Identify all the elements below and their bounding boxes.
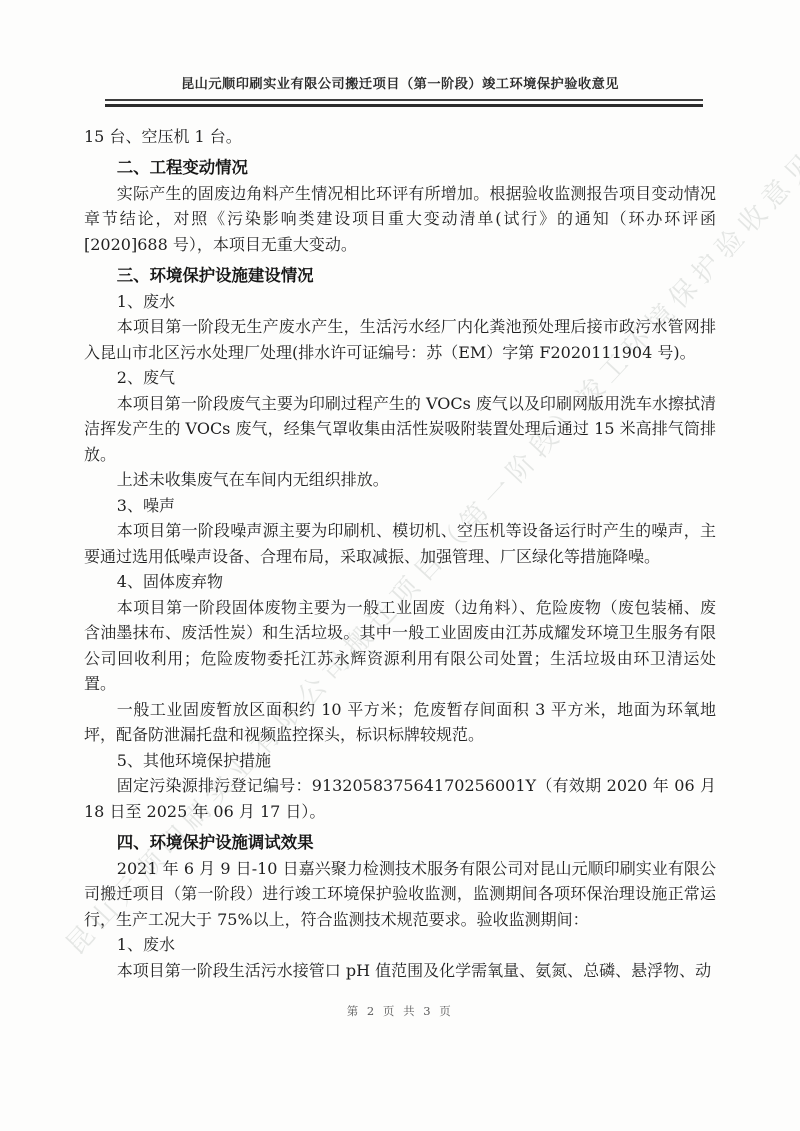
- paragraph: 1、废水: [84, 932, 716, 958]
- paragraph: 3、噪声: [84, 493, 716, 519]
- paragraph: 15 台、空压机 1 台。: [84, 124, 716, 150]
- paragraph: 2021 年 6 月 9 日-10 日嘉兴聚力检测技术服务有限公司对昆山元顺印刷…: [84, 856, 716, 933]
- paragraph: 本项目第一阶段废气主要为印刷过程产生的 VOCs 废气以及印刷网版用洗车水擦拭清…: [84, 391, 716, 468]
- paragraph: 本项目第一阶段噪声源主要为印刷机、模切机、空压机等设备运行时产生的噪声，主要通过…: [84, 518, 716, 569]
- paragraph: 1、废水: [84, 289, 716, 315]
- header-double-rule: [105, 99, 703, 107]
- page-footer: 第 2 页 共 3 页: [0, 1003, 800, 1019]
- document-page: 昆山元顺印刷实业有限公司搬迁项目（第一阶段）竣工环境保护验收意见 昆山元顺印刷实…: [0, 0, 800, 1131]
- paragraph: 2、废气: [84, 365, 716, 391]
- document-header-title: 昆山元顺印刷实业有限公司搬迁项目（第一阶段）竣工环境保护验收意见: [0, 0, 800, 93]
- section-heading: 二、工程变动情况: [84, 155, 716, 181]
- paragraph: 实际产生的固废边角料产生情况相比环评有所增加。根据验收监测报告项目变动情况章节结…: [84, 181, 716, 258]
- paragraph: 一般工业固废暂放区面积约 10 平方米；危废暂存间面积 3 平方米，地面为环氧地…: [84, 697, 716, 748]
- document-body: 15 台、空压机 1 台。二、工程变动情况实际产生的固废边角料产生情况相比环评有…: [0, 124, 800, 984]
- paragraph: 4、固体废弃物: [84, 569, 716, 595]
- section-heading: 三、环境保护设施建设情况: [84, 263, 716, 289]
- section-heading: 四、环境保护设施调试效果: [84, 830, 716, 856]
- paragraph: 本项目第一阶段固体废物主要为一般工业固废（边角料）、危险废物（废包装桶、废含油墨…: [84, 595, 716, 697]
- paragraph: 5、其他环境保护措施: [84, 748, 716, 774]
- paragraph: 本项目第一阶段生活污水接管口 pH 值范围及化学需氧量、氨氮、总磷、悬浮物、动: [84, 958, 716, 984]
- paragraph: 固定污染源排污登记编号：913205837564170256001Y（有效期 2…: [84, 773, 716, 824]
- paragraph: 上述未收集废气在车间内无组织排放。: [84, 467, 716, 493]
- paragraph: 本项目第一阶段无生产废水产生，生活污水经厂内化粪池预处理后接市政污水管网排入昆山…: [84, 314, 716, 365]
